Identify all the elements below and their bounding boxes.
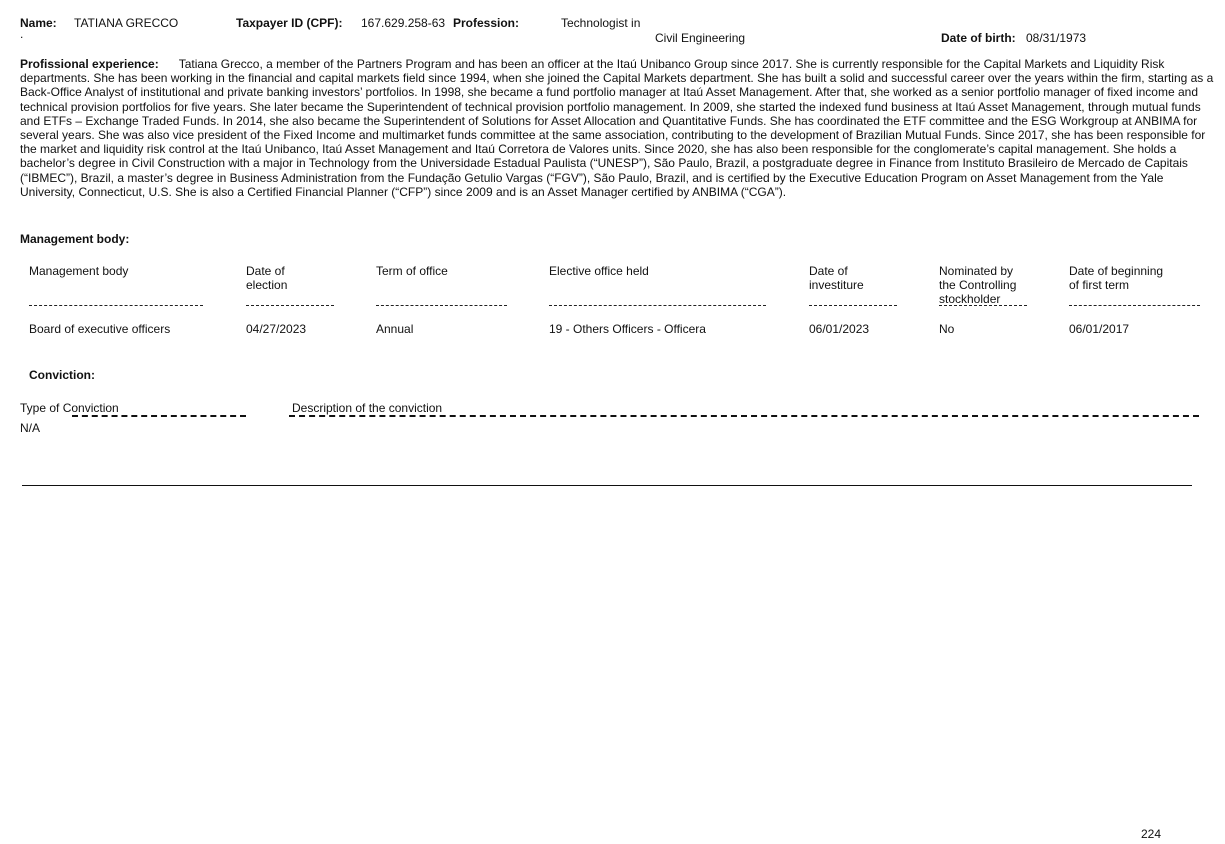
column-header-line: Elective office held — [549, 264, 649, 278]
experience-text: Tatiana Grecco, a member of the Partners… — [20, 57, 1213, 199]
section-divider — [22, 485, 1192, 486]
column-header-line: Date of — [246, 264, 287, 278]
column-header-date-of-first-term: Date of beginningof first term — [1069, 264, 1163, 292]
page-number: 224 — [1141, 827, 1161, 841]
profession-label: Profession: — [453, 16, 519, 30]
conviction-description-label: Description of the conviction — [292, 401, 442, 415]
column-header-underline — [1069, 305, 1200, 306]
table-cell-term-of-office: Annual — [376, 322, 413, 336]
column-header-line: Management body — [29, 264, 128, 278]
conviction-type-underline — [72, 415, 246, 417]
table-cell-date-of-investiture: 06/01/2023 — [809, 322, 869, 336]
dob-label: Date of birth: — [941, 31, 1016, 45]
taxpayer-value: 167.629.258-63 — [361, 16, 445, 30]
profession-value-line1: Technologist in — [561, 16, 640, 30]
column-header-nominated-by-controlling-stockholder: Nominated bythe Controllingstockholder — [939, 264, 1016, 306]
conviction-section-title: Conviction: — [29, 368, 95, 382]
column-header-line: investiture — [809, 278, 864, 292]
column-header-line: election — [246, 278, 287, 292]
taxpayer-label: Taxpayer ID (CPF): — [236, 16, 342, 30]
management-section-title: Management body: — [20, 232, 129, 246]
column-header-date-of-investiture: Date ofinvestiture — [809, 264, 864, 292]
name-label: Name: — [20, 16, 57, 30]
professional-experience: Profissional experience:Tatiana Grecco, … — [20, 57, 1215, 199]
column-header-term-of-office: Term of office — [376, 264, 448, 278]
conviction-type-label: Type of Conviction — [20, 401, 119, 415]
name-value: TATIANA GRECCO — [74, 16, 178, 30]
dob-value: 08/31/1973 — [1026, 31, 1086, 45]
conviction-description-underline — [289, 415, 1199, 417]
table-cell-nominated-by-controlling-stockholder: No — [939, 322, 954, 336]
column-header-line: stockholder — [939, 292, 1016, 306]
column-header-underline — [246, 305, 334, 306]
column-header-underline — [809, 305, 897, 306]
column-header-line: Date of — [809, 264, 864, 278]
table-cell-management-body: Board of executive officers — [29, 322, 170, 336]
table-cell-elective-office-held: 19 - Others Officers - Officera — [549, 322, 706, 336]
profession-value-line2: Civil Engineering — [655, 31, 745, 45]
experience-label: Profissional experience: — [20, 57, 159, 71]
column-header-line: Term of office — [376, 264, 448, 278]
column-header-line: the Controlling — [939, 278, 1016, 292]
column-header-elective-office-held: Elective office held — [549, 264, 649, 278]
column-header-underline — [549, 305, 766, 306]
column-header-management-body: Management body — [29, 264, 128, 278]
conviction-type-value: N/A — [20, 421, 40, 435]
table-cell-date-of-election: 04/27/2023 — [246, 322, 306, 336]
column-header-line: of first term — [1069, 278, 1163, 292]
column-header-date-of-election: Date ofelection — [246, 264, 287, 292]
stray-dot: . — [20, 27, 23, 41]
column-header-underline — [29, 305, 203, 306]
column-header-underline — [376, 305, 507, 306]
column-header-line: Date of beginning — [1069, 264, 1163, 278]
column-header-underline — [939, 305, 1027, 306]
table-cell-date-of-first-term: 06/01/2017 — [1069, 322, 1129, 336]
column-header-line: Nominated by — [939, 264, 1016, 278]
